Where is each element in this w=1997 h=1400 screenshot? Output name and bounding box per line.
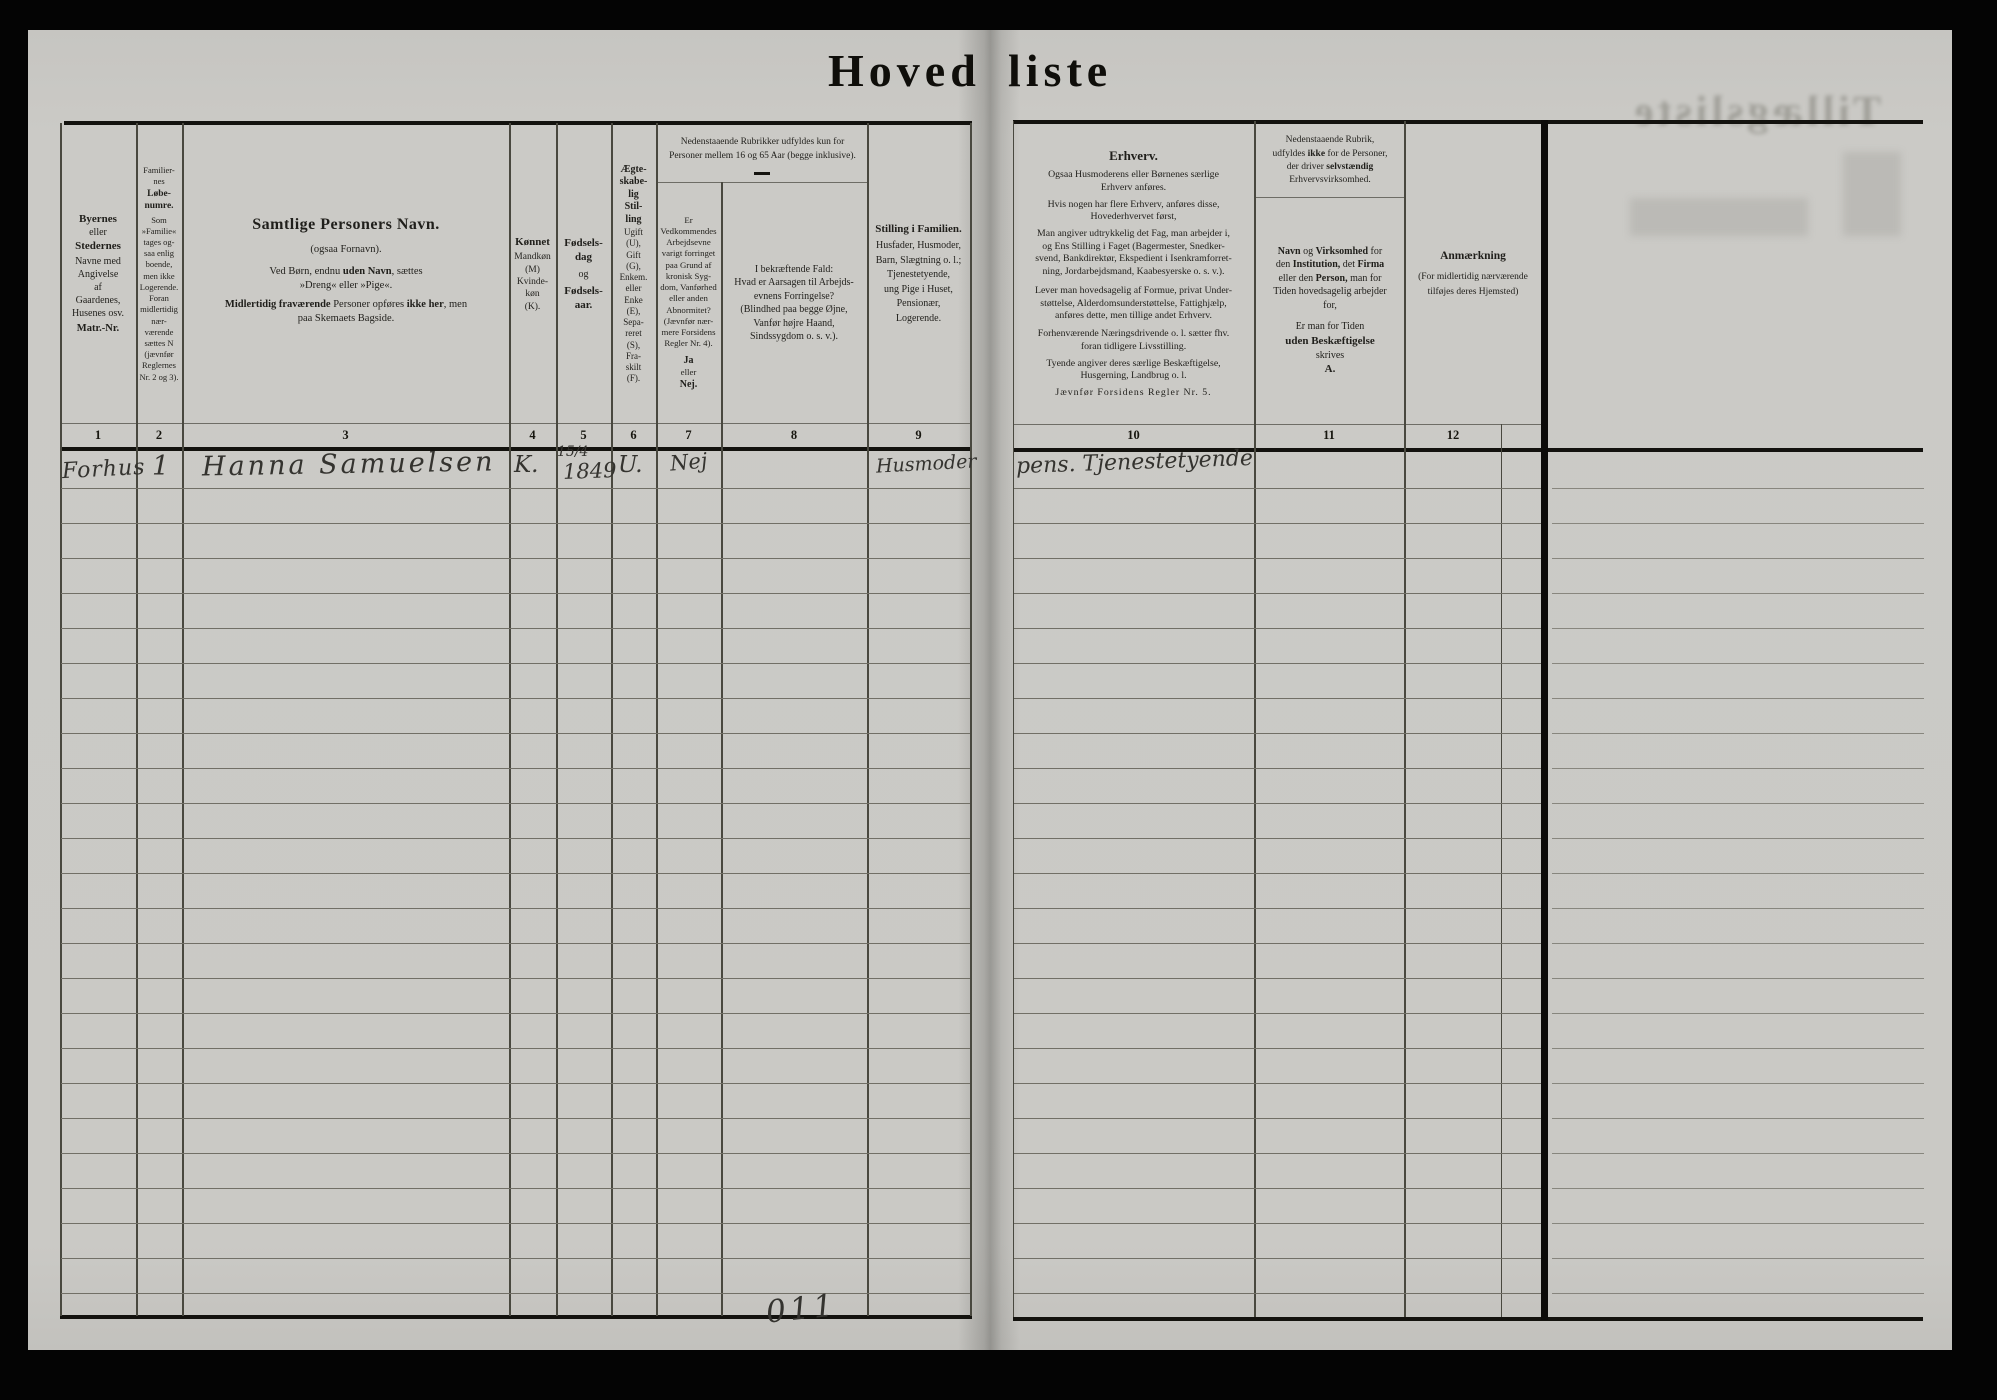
header-text: Ægte- skabe- lig Stil- ling: [620, 164, 648, 227]
column-number-8: 8: [721, 429, 867, 445]
row1-family-number: 1: [152, 451, 169, 482]
header-text: Institution,: [1293, 259, 1341, 270]
header-text: paa Skemaets Bagside.: [298, 312, 395, 326]
header-text: Tyende angiver deres særlige Beskæftigel…: [1046, 358, 1220, 383]
header-text: Ved Børn, endnu: [269, 266, 343, 277]
column-number-9: 9: [867, 429, 970, 445]
page-title: liste: [1008, 44, 1112, 97]
header-text: selvstændig: [1326, 162, 1373, 172]
header-text: eller den: [1278, 273, 1315, 284]
header-text: Kønnet: [515, 235, 550, 249]
row1-marital-status: U.: [618, 452, 643, 478]
column-12-header: Anmærkning (For midlertidig nærværende t…: [1405, 127, 1541, 421]
row1-name: Hanna Samuelsen: [202, 446, 496, 482]
superheader-separator-11: [1255, 197, 1405, 198]
header-text: Stedernes: [75, 239, 121, 253]
row1-birth-day: 15/4: [557, 444, 588, 460]
header-text: Nej.: [680, 379, 698, 392]
header-text: Ugift (U), Gift (G), Enkem. eller Enke (…: [620, 227, 648, 385]
header-text: Erhverv.: [1109, 148, 1158, 165]
data-rows-right: [1014, 454, 1541, 1320]
header-text: uden Beskæftigelse: [1285, 334, 1375, 349]
header-text: Byernes: [79, 212, 117, 226]
header-text: I bekræftende Fald: Hvad er Aarsagen til…: [734, 263, 853, 344]
header-text: der driver: [1287, 162, 1327, 172]
header-text: Ja: [684, 355, 694, 368]
row1-place: Forhus: [61, 455, 146, 484]
header-text: Husfader, Husmoder, Barn, Slægtning o. l…: [876, 239, 962, 326]
header-text: , men: [444, 299, 467, 310]
top-rule-left: [64, 121, 972, 125]
row1-work-impaired: Nej: [669, 448, 708, 475]
header-text: og: [579, 268, 589, 281]
header-text: (ogsaa Fornavn).: [310, 243, 381, 257]
header-text: Matr.-Nr.: [77, 322, 119, 336]
column-1-header: Byernes eller Stedernes Navne med Angive…: [60, 127, 136, 421]
header-text: Ogsaa Husmoderens eller Børnenes særlige…: [1048, 169, 1219, 194]
header-text: Personer mellem 16 og 65 Aar (begge inkl…: [669, 150, 856, 164]
header-text: eller: [681, 367, 697, 378]
header-text-line: Midlertidig fraværende Personer opføres …: [225, 298, 467, 312]
header-text: skrives: [1316, 349, 1344, 363]
header-text: , sættes: [392, 266, 423, 277]
header-text: Nedenstaaende Rubrikker udfyldes kun for: [681, 136, 845, 150]
column-number-10: 10: [1013, 429, 1254, 445]
column-number-11: 11: [1254, 429, 1404, 445]
column-number-6: 6: [611, 429, 656, 445]
header-text-line: Ved Børn, endnu uden Navn, sættes: [269, 265, 422, 279]
column-10-header: Erhverv. Ogsaa Husmoderens eller Børnene…: [1013, 126, 1254, 422]
header-text: Hvis nogen har flere Erhverv, anføres di…: [1048, 199, 1220, 224]
column-3-header: Samtlige Personers Navn. (ogsaa Fornavn)…: [183, 150, 509, 390]
header-text: og: [1301, 246, 1316, 257]
bleed-through-smudge: [1630, 198, 1808, 236]
handwritten-page-number: 011: [764, 1287, 839, 1330]
column-number-7: 7: [656, 429, 721, 445]
column-4-header: Kønnet Mandkøn (M) Kvinde- køn (K).: [509, 127, 556, 421]
header-text: Mandkøn (M) Kvinde- køn (K).: [514, 251, 550, 313]
header-text: Familier- nes: [143, 165, 174, 187]
columns-7-8-superheader: Nedenstaaende Rubrikker udfyldes kun for…: [657, 126, 868, 174]
header-text: eller: [89, 226, 107, 239]
data-rows-left: [61, 454, 970, 1320]
column-number-3: 3: [182, 429, 509, 445]
header-text: Jævnfør Forsidens Regler Nr. 5.: [1055, 387, 1211, 400]
header-text: Som »Familie« tages og- saa enlig boende…: [140, 215, 179, 383]
header-text: Nedenstaaende Rubrik,: [1286, 134, 1375, 147]
column-6-header: Ægte- skabe- lig Stil- ling Ugift (U), G…: [611, 127, 656, 421]
column-11-header: Navn og Virksomhed for den Institution, …: [1255, 200, 1405, 422]
column-number-4: 4: [509, 429, 556, 445]
header-bottom-rule-left: [60, 447, 972, 451]
column-number-12: 12: [1404, 429, 1502, 445]
header-text: Forhenværende Næringsdrivende o. l. sætt…: [1038, 328, 1229, 353]
header-text: Virksomhed: [1316, 246, 1368, 257]
header-text: det: [1340, 259, 1357, 270]
header-text-line: udfyldes ikke for de Personer,: [1273, 148, 1388, 161]
header-text: Er man for Tiden: [1296, 320, 1365, 334]
header-text: Stilling i Familien.: [875, 222, 961, 238]
header-text: Fødsels-: [564, 284, 603, 298]
header-text: ikke: [1308, 149, 1325, 159]
header-text: Er Vedkommendes Arbejdsevne varigt forri…: [660, 215, 717, 350]
superheader-separator-7-8: [657, 182, 868, 183]
header-text-line: den Institution, det Firma: [1276, 258, 1384, 272]
header-text-line: der driver selvstændig: [1287, 161, 1374, 174]
header-text: Fødsels-: [564, 236, 603, 250]
header-text-line: eller den Person, man for: [1278, 272, 1381, 286]
scanned-census-sheet: Tillægsliste Hoved liste Byernes eller S…: [0, 0, 1997, 1400]
header-text-line: Navn og Virksomhed for: [1278, 245, 1382, 259]
header-text: den: [1276, 259, 1293, 270]
number-row-top-line-left: [60, 423, 972, 424]
header-text: Midlertidig fraværende: [225, 299, 331, 310]
header-text: man for: [1348, 273, 1382, 284]
header-text: for: [1368, 246, 1382, 257]
row1-sex: K.: [514, 452, 539, 478]
header-text: aar.: [575, 298, 593, 312]
header-text: Firma: [1358, 259, 1385, 270]
page-edge-rule: [1541, 120, 1548, 1320]
bleed-through-title: Tillægsliste: [1588, 88, 1924, 136]
header-text: »Dreng« eller »Pige«.: [300, 279, 392, 293]
top-rule-right: [1013, 120, 1923, 124]
header-text: udfyldes: [1273, 149, 1308, 159]
header-text: Anmærkning: [1440, 248, 1506, 266]
header-text: Navne med Angivelse af Gaardenes, Husene…: [72, 255, 124, 320]
column-number-1: 1: [60, 429, 136, 445]
bleed-through-smudge: [1843, 152, 1901, 236]
header-text: Person,: [1316, 273, 1348, 284]
page-title: Hoved: [828, 44, 981, 97]
column-8-header: I bekræftende Fald: Hvad er Aarsagen til…: [721, 185, 867, 421]
number-row-top-line-right: [1013, 424, 1543, 425]
header-text: (For midlertidig nærværende tilføjes der…: [1418, 270, 1528, 299]
header-text: ikke her: [407, 299, 444, 310]
header-text: Lever man hovedsagelig af Formue, privat…: [1035, 285, 1232, 323]
column-7-header: Er Vedkommendes Arbejdsevne varigt forri…: [656, 185, 721, 421]
header-text: Personer opføres: [331, 299, 407, 310]
column-2-header: Familier- nes Løbe- numre. Som »Familie«…: [136, 127, 182, 421]
header-text: Samtlige Personers Navn.: [252, 215, 440, 236]
header-text: Navn: [1278, 246, 1301, 257]
header-text: uden Navn: [343, 266, 392, 277]
header-text: A.: [1325, 362, 1336, 377]
header-text: Løbe- numre.: [144, 188, 173, 213]
column-number-5: 5: [556, 429, 611, 445]
ditto-dash: [754, 172, 770, 175]
header-text: for,: [1323, 299, 1337, 313]
header-text: Erhvervsvirksomhed.: [1289, 174, 1371, 187]
column-11-superheader: Nedenstaaende Rubrik, udfyldes ikke for …: [1255, 130, 1405, 192]
header-text: Tiden hovedsagelig arbejder: [1273, 285, 1387, 299]
table-border: [970, 123, 972, 1316]
data-rows-bleed: [1552, 454, 1924, 1320]
column-5-header: Fødsels- dag og Fødsels- aar.: [556, 127, 611, 421]
header-text: Man angiver udtrykkelig det Fag, man arb…: [1035, 228, 1232, 279]
row1-birth-year: 1849: [563, 458, 617, 484]
header-text: dag: [575, 250, 592, 264]
column-9-header: Stilling i Familien. Husfader, Husmoder,…: [867, 127, 970, 421]
column-number-2: 2: [136, 429, 182, 445]
header-text: for de Personer,: [1325, 149, 1387, 159]
